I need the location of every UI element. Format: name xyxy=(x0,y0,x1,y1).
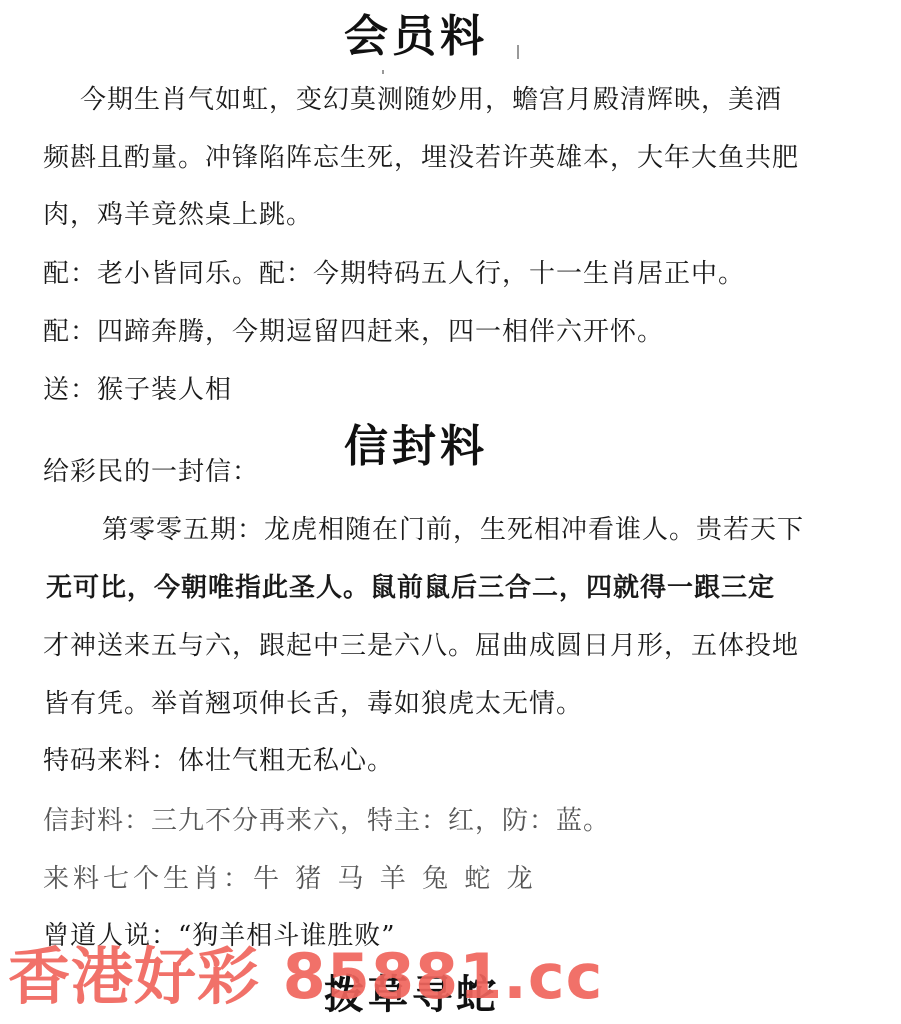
member-paragraph-line-1: 今期生肖气如虹，变幻莫测随妙用，蟾宫月殿清辉映，美酒 xyxy=(80,84,782,116)
watermark-overlay: 香港好彩 85881.cc xyxy=(8,942,603,1012)
section-title-envelope: 信封料 xyxy=(344,422,488,472)
letter-line-2: 无可比，今朝唯指此圣人。鼠前鼠后三合二，四就得一跟三定 xyxy=(46,572,775,604)
scan-speck xyxy=(382,70,384,74)
scan-speck xyxy=(517,45,519,59)
pei-line-1: 配：老小皆同乐。配：今期特码五人行，十一生肖居正中。 xyxy=(43,258,745,290)
letter-line-4: 皆有凭。举首翘项伸长舌，毒如狼虎太无情。 xyxy=(43,688,583,720)
letter-heading: 给彩民的一封信： xyxy=(43,456,259,488)
member-paragraph-line-3: 肉，鸡羊竟然桌上跳。 xyxy=(43,199,313,231)
letter-line-3: 才神送来五与六，跟起中三是六八。屈曲成圆日月形，五体投地 xyxy=(43,630,799,662)
section-title-member: 会员料 xyxy=(344,12,488,62)
member-paragraph-line-2: 频斟且酌量。冲锋陷阵忘生死，埋没若许英雄本，大年大鱼共肥 xyxy=(43,142,799,174)
laifliao-qige-line: 来料七个生肖：牛 猪 马 羊 兔 蛇 龙 xyxy=(43,863,537,895)
pei-line-2: 配：四蹄奔腾，今期逗留四赶来，四一相伴六开怀。 xyxy=(43,316,664,348)
tema-laifliao-line: 特码来料：体壮气粗无私心。 xyxy=(43,745,394,777)
xinfeng-liao-line: 信封料：三九不分再来六，特主：红，防：蓝。 xyxy=(43,805,610,837)
letter-line-1: 第零零五期：龙虎相随在门前，生死相冲看谁人。贵若天下 xyxy=(102,514,804,546)
song-line: 送：猴子装人相 xyxy=(43,374,232,406)
